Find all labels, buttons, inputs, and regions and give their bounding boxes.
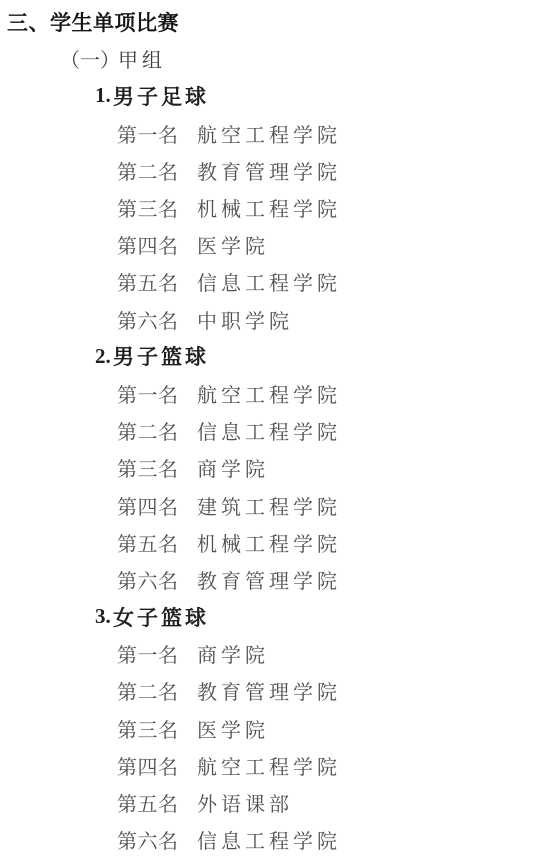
result-row: 第一名 航空工程学院 bbox=[0, 115, 534, 152]
section-title: 男子足球 bbox=[113, 81, 209, 111]
result-row: 第三名 机械工程学院 bbox=[0, 189, 534, 226]
rank-label: 第二名 bbox=[117, 416, 197, 445]
rank-label: 第二名 bbox=[117, 156, 197, 185]
college-name: 信息工程学院 bbox=[197, 416, 341, 445]
result-row: 第四名 航空工程学院 bbox=[0, 747, 534, 784]
college-name: 机械工程学院 bbox=[197, 528, 341, 557]
rank-label: 第三名 bbox=[117, 193, 197, 222]
result-row: 第六名 教育管理学院 bbox=[0, 561, 534, 598]
college-name: 教育管理学院 bbox=[197, 156, 341, 185]
rank-label: 第五名 bbox=[117, 788, 197, 817]
college-name: 航空工程学院 bbox=[197, 751, 341, 780]
section-heading-mens-basketball: 2. 男子篮球 bbox=[0, 338, 534, 375]
section-title: 男子篮球 bbox=[113, 341, 209, 371]
college-name: 中职学院 bbox=[197, 305, 293, 334]
rank-label: 第六名 bbox=[117, 825, 197, 854]
rank-label: 第四名 bbox=[117, 230, 197, 259]
college-name: 建筑工程学院 bbox=[197, 491, 341, 520]
document-title: 三、学生单项比赛 bbox=[0, 3, 534, 40]
college-name: 教育管理学院 bbox=[197, 676, 341, 705]
rank-label: 第五名 bbox=[117, 267, 197, 296]
college-name: 外语课部 bbox=[197, 788, 293, 817]
result-row: 第五名 外语课部 bbox=[0, 784, 534, 821]
result-row: 第一名 商学院 bbox=[0, 635, 534, 672]
rank-label: 第六名 bbox=[117, 565, 197, 594]
section-heading-womens-basketball: 3. 女子篮球 bbox=[0, 598, 534, 635]
rank-label: 第三名 bbox=[117, 714, 197, 743]
rank-label: 第四名 bbox=[117, 491, 197, 520]
college-name: 商学院 bbox=[197, 453, 269, 482]
result-row: 第二名 信息工程学院 bbox=[0, 412, 534, 449]
rank-label: 第一名 bbox=[117, 119, 197, 148]
college-name: 医学院 bbox=[197, 230, 269, 259]
rank-label: 第六名 bbox=[117, 305, 197, 334]
section-number: 2. bbox=[95, 344, 111, 369]
college-name: 医学院 bbox=[197, 714, 269, 743]
section-title: 女子篮球 bbox=[113, 602, 209, 632]
college-name: 商学院 bbox=[197, 639, 269, 668]
result-row: 第三名 商学院 bbox=[0, 449, 534, 486]
college-name: 教育管理学院 bbox=[197, 565, 341, 594]
section-number: 1. bbox=[95, 83, 111, 108]
result-row: 第六名 中职学院 bbox=[0, 301, 534, 338]
rank-label: 第二名 bbox=[117, 676, 197, 705]
result-row: 第五名 信息工程学院 bbox=[0, 263, 534, 300]
college-name: 信息工程学院 bbox=[197, 825, 341, 854]
group-label: 甲组 bbox=[118, 44, 166, 73]
section-number: 3. bbox=[95, 604, 111, 629]
college-name: 机械工程学院 bbox=[197, 193, 341, 222]
result-row: 第五名 机械工程学院 bbox=[0, 524, 534, 561]
result-row: 第四名 建筑工程学院 bbox=[0, 486, 534, 523]
rank-label: 第一名 bbox=[117, 639, 197, 668]
group-heading: （一） 甲组 bbox=[0, 40, 534, 77]
rank-label: 第五名 bbox=[117, 528, 197, 557]
document-page: 三、学生单项比赛 （一） 甲组 1. 男子足球 第一名 航空工程学院 第二名 教… bbox=[0, 0, 534, 864]
result-row: 第六名 信息工程学院 bbox=[0, 821, 534, 858]
document-title-text: 三、学生单项比赛 bbox=[7, 7, 179, 37]
college-name: 航空工程学院 bbox=[197, 379, 341, 408]
rank-label: 第一名 bbox=[117, 379, 197, 408]
result-row: 第二名 教育管理学院 bbox=[0, 152, 534, 189]
result-row: 第四名 医学院 bbox=[0, 226, 534, 263]
section-heading-mens-soccer: 1. 男子足球 bbox=[0, 77, 534, 114]
result-row: 第二名 教育管理学院 bbox=[0, 672, 534, 709]
college-name: 航空工程学院 bbox=[197, 119, 341, 148]
college-name: 信息工程学院 bbox=[197, 267, 341, 296]
rank-label: 第四名 bbox=[117, 751, 197, 780]
result-row: 第三名 医学院 bbox=[0, 710, 534, 747]
rank-label: 第三名 bbox=[117, 453, 197, 482]
group-number: （一） bbox=[60, 44, 118, 73]
result-row: 第一名 航空工程学院 bbox=[0, 375, 534, 412]
